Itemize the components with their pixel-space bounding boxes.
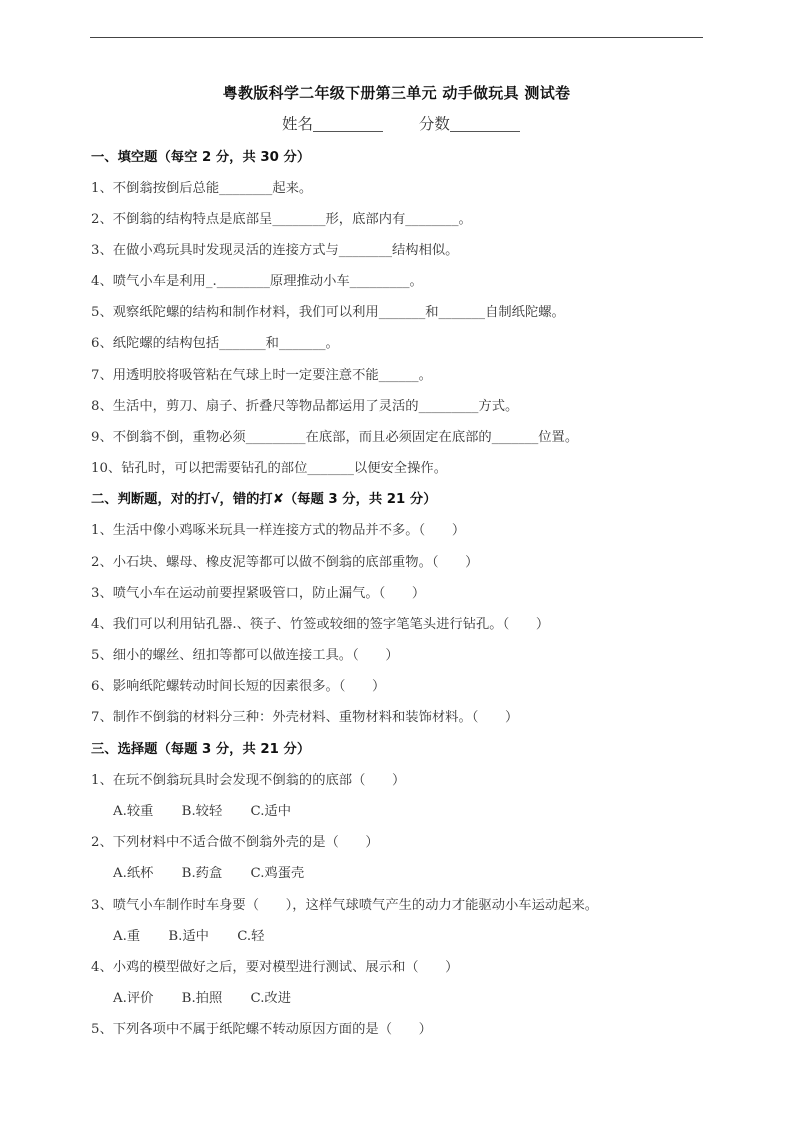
choice-options: A.纸杯 B.药盒 C.鸡蛋壳 <box>113 862 328 881</box>
true-false-item: 5、细小的螺丝、纽扣等都可以做连接工具。（ ） <box>91 644 399 663</box>
choice-options: A.评价 B.拍照 C.改进 <box>113 987 315 1006</box>
fill-blank-item: 6、纸陀螺的结构包括_______和_______。 <box>91 332 339 351</box>
option-a: A.重 <box>113 925 140 944</box>
true-false-item: 3、喷气小车在运动前要捏紧吸管口，防止漏气。（ ） <box>91 582 425 601</box>
document-title: 粤教版科学二年级下册第三单元 动手做玩具 测试卷 <box>0 82 793 103</box>
true-false-item: 7、制作不倒翁的材料分三种：外壳材料、重物材料和装饰材料。（ ） <box>91 706 518 725</box>
section-heading-fill-blank: 一、填空题（每空 2 分，共 30 分） <box>91 146 310 165</box>
fill-blank-item: 5、观察纸陀螺的结构和制作材料，我们可以利用_______和_______自制纸… <box>91 301 565 320</box>
option-a: A.纸杯 <box>113 862 153 881</box>
fill-blank-item: 3、在做小鸡玩具时发现灵活的连接方式与________结构相似。 <box>91 239 458 258</box>
true-false-item: 2、小石块、螺母、橡皮泥等都可以做不倒翁的底部重物。（ ） <box>91 551 478 570</box>
choice-question: 3、喷气小车制作时车身要（ ），这样气球喷气产生的动力才能驱动小车运动起来。 <box>91 894 598 913</box>
fill-blank-item: 7、用透明胶将吸管粘在气球上时一定要注意不能______。 <box>91 364 432 383</box>
name-blank <box>313 115 383 132</box>
option-b: B.药盒 <box>182 862 223 881</box>
choice-question: 1、在玩不倒翁玩具时会发现不倒翁的的底部（ ） <box>91 769 405 788</box>
section-heading-true-false: 二、判断题，对的打√，错的打✘（每题 3 分，共 21 分） <box>91 488 437 507</box>
fill-blank-item: 4、喷气小车是利用_.________原理推动小车_________。 <box>91 270 423 289</box>
choice-question: 2、下列材料中不适合做不倒翁外壳的是（ ） <box>91 831 379 850</box>
option-a: A.评价 <box>113 987 153 1006</box>
fill-blank-item: 10、钻孔时，可以把需要钻孔的部位_______以便安全操作。 <box>91 457 447 476</box>
option-c: C.轻 <box>237 925 264 944</box>
name-label: 姓名 <box>282 115 313 133</box>
true-false-item: 1、生活中像小鸡啄米玩具一样连接方式的物品并不多。（ ） <box>91 519 465 538</box>
option-a: A.较重 <box>113 800 153 819</box>
score-blank <box>450 115 520 132</box>
fill-blank-item: 1、不倒翁按倒后总能________起来。 <box>91 177 312 196</box>
choice-question: 5、下列各项中不属于纸陀螺不转动原因方面的是（ ） <box>91 1018 432 1037</box>
fill-blank-item: 8、生活中，剪刀、扇子、折叠尺等物品都运用了灵活的_________方式。 <box>91 395 518 414</box>
choice-options: A.较重 B.较轻 C.适中 <box>113 800 315 819</box>
header-rule <box>90 37 703 38</box>
true-false-item: 6、影响纸陀螺转动时间长短的因素很多。（ ） <box>91 675 385 694</box>
option-b: B.较轻 <box>182 800 223 819</box>
option-b: B.适中 <box>168 925 209 944</box>
score-label: 分数 <box>419 115 450 133</box>
option-c: C.适中 <box>251 800 292 819</box>
section-heading-multiple-choice: 三、选择题（每题 3 分，共 21 分） <box>91 738 310 757</box>
option-c: C.改进 <box>251 987 292 1006</box>
name-score-line: 姓名 分数 <box>282 112 520 134</box>
option-b: B.拍照 <box>182 987 223 1006</box>
fill-blank-item: 2、不倒翁的结构特点是底部呈________形，底部内有________。 <box>91 208 472 227</box>
option-c: C.鸡蛋壳 <box>251 862 305 881</box>
choice-question: 4、小鸡的模型做好之后，要对模型进行测试、展示和（ ） <box>91 956 458 975</box>
fill-blank-item: 9、不倒翁不倒，重物必须_________在底部，而且必须固定在底部的_____… <box>91 426 578 445</box>
choice-options: A.重 B.适中 C.轻 <box>113 925 288 944</box>
true-false-item: 4、我们可以利用钻孔器.、筷子、竹签或较细的签字笔笔头进行钻孔。（ ） <box>91 613 549 632</box>
